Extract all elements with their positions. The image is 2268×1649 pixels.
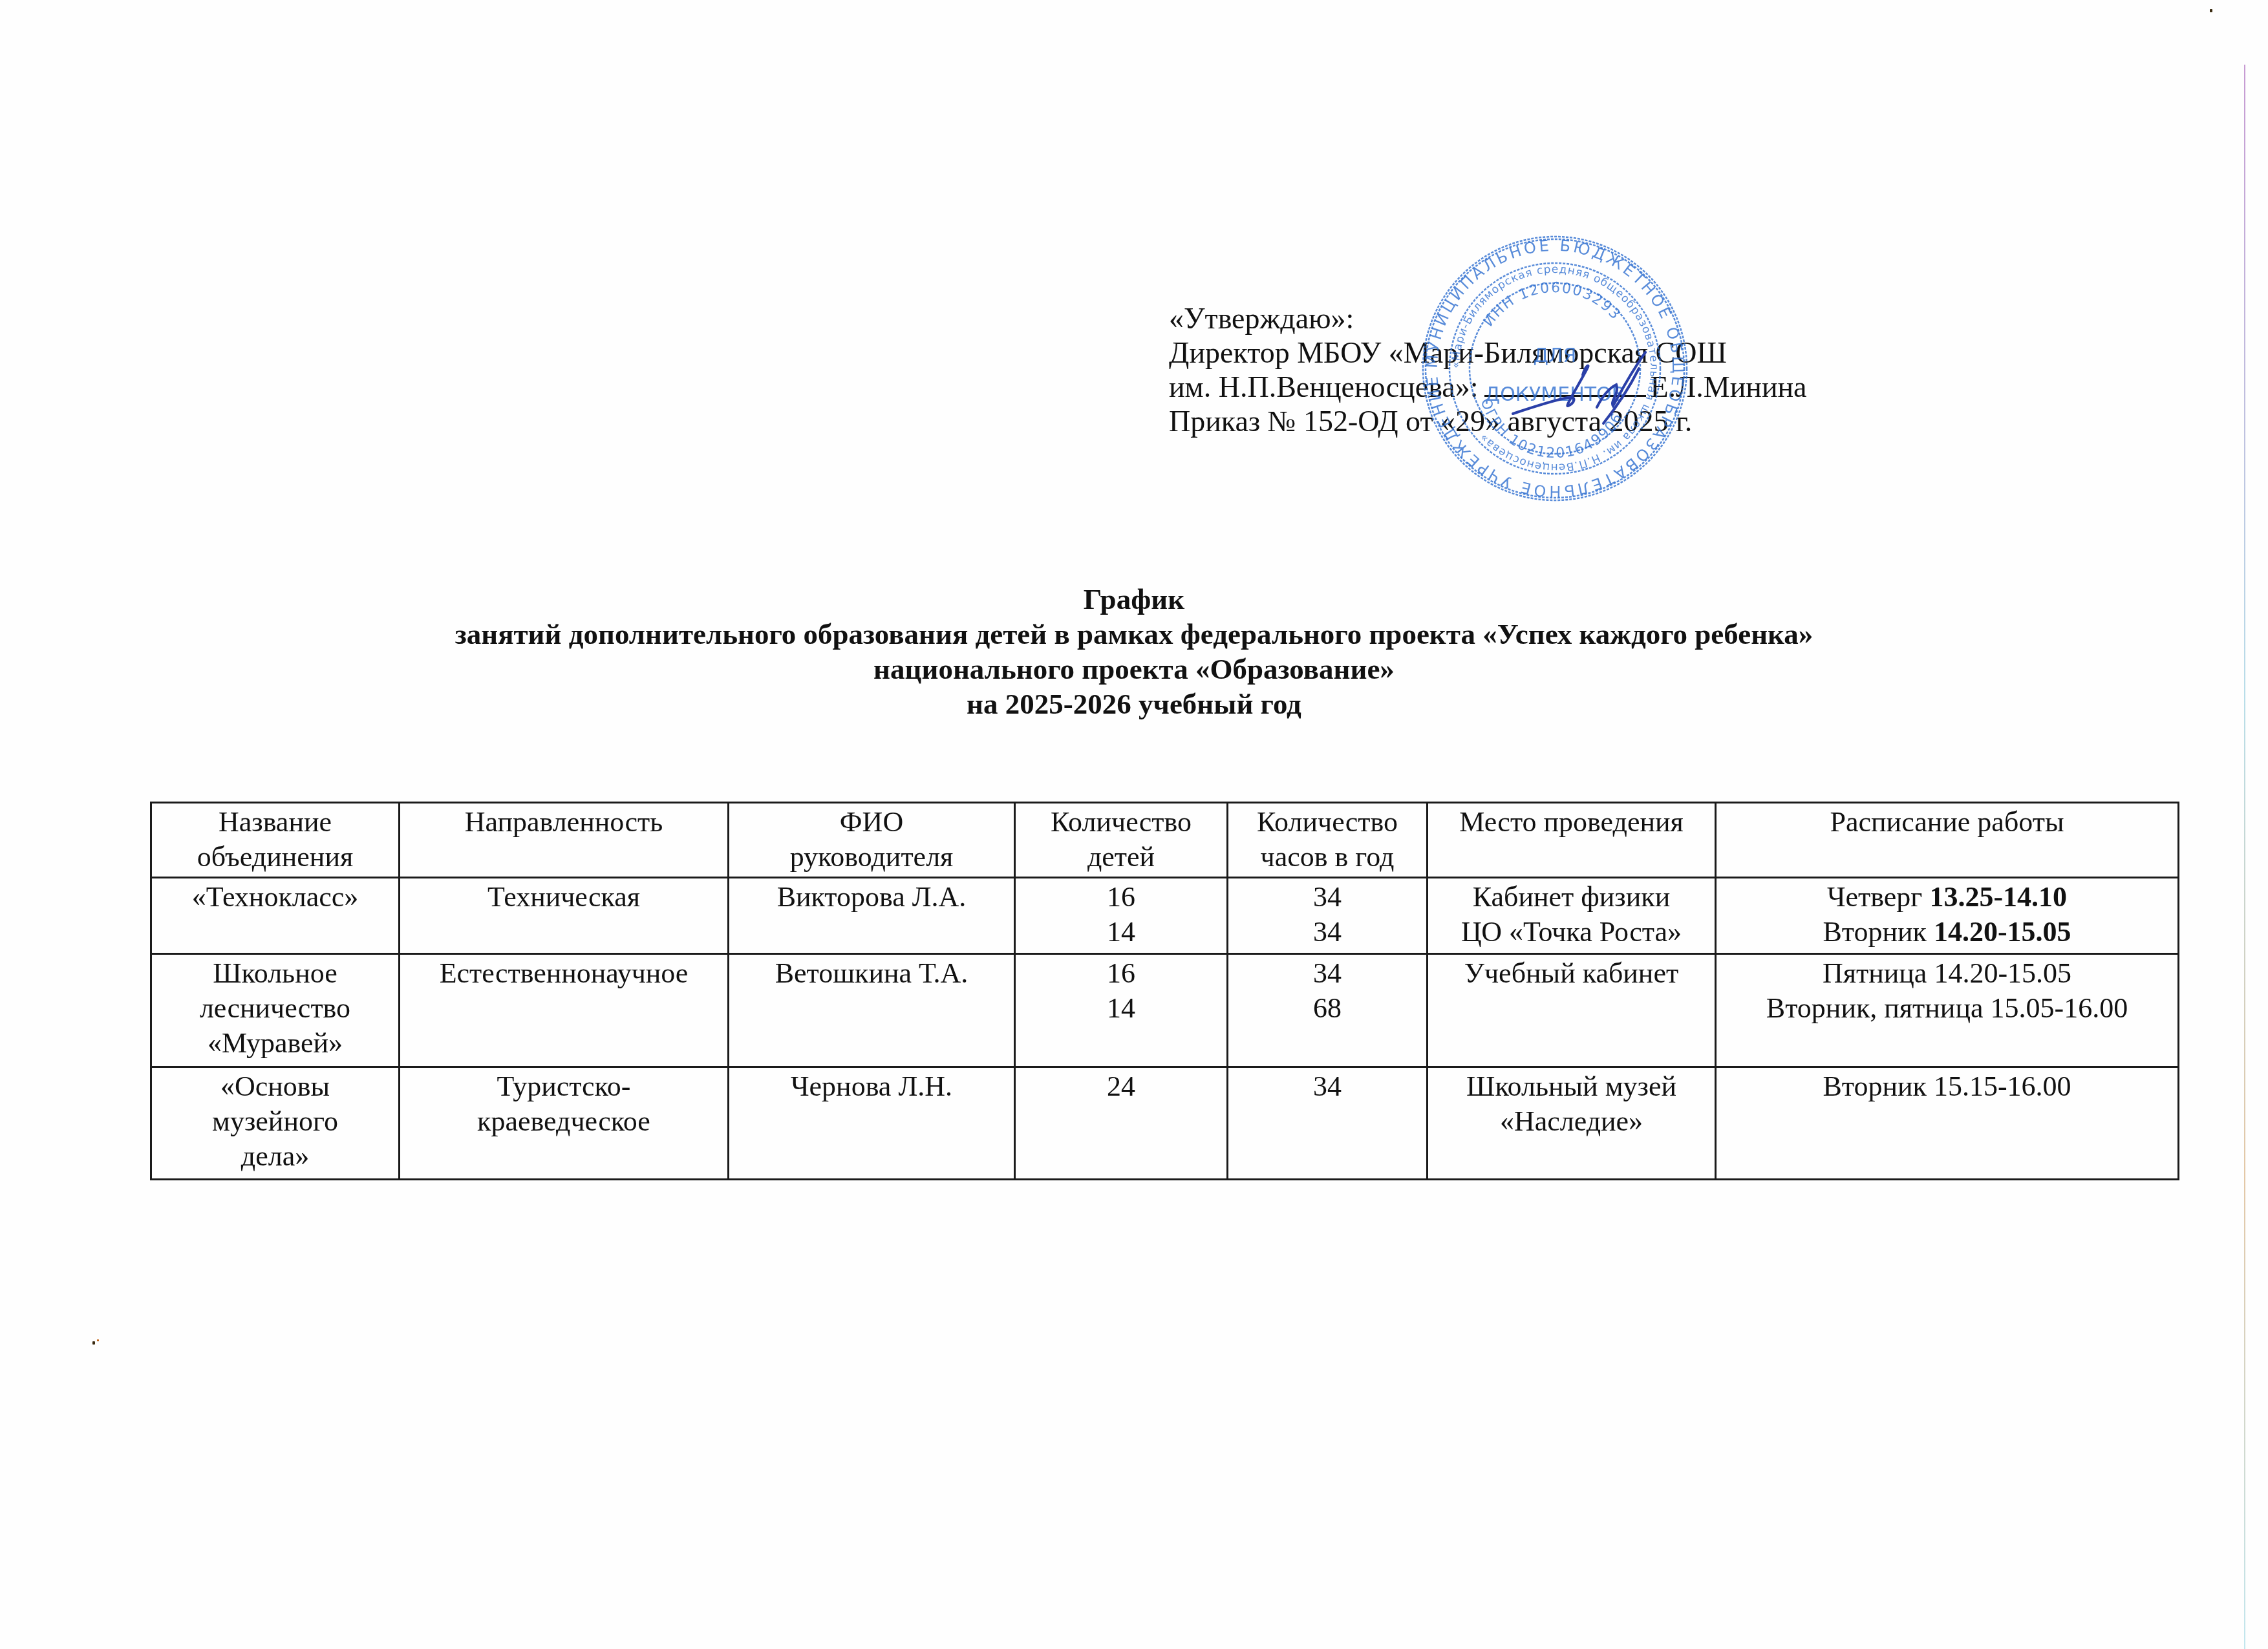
table-header-row: НазваниеобъединенияНаправленностьФИОруко…	[151, 803, 2179, 878]
cell-schedule: Четверг 13.25-14.10Вторник 14.20-15.05	[1716, 878, 2179, 954]
scan-speck	[92, 1341, 95, 1345]
cell-association-name: «Технокласс»	[151, 878, 400, 954]
association-name-text: Школьное	[155, 956, 396, 991]
leader-name-text: Ветошкина Т.А.	[732, 956, 1011, 991]
schedule-entry: Вторник 15.15-16.00	[1719, 1069, 2175, 1104]
location-text: «Наследие»	[1431, 1104, 1712, 1139]
children-count-text: 16	[1018, 880, 1224, 915]
schedule-time: 14.20-15.05	[1934, 957, 2071, 989]
header-text: Направленность	[403, 805, 725, 840]
schedule-time: 13.25-14.10	[1929, 881, 2067, 913]
association-name-text: лесничество	[155, 991, 396, 1026]
cell-children-count: 1614	[1015, 878, 1228, 954]
approval-heading: «Утверждаю»:	[1169, 301, 1807, 335]
cell-hours-per-year: 3434	[1228, 878, 1428, 954]
children-count-text: 24	[1018, 1069, 1224, 1104]
schedule-day: Вторник	[1823, 916, 1926, 948]
approval-director-title: Директор МБОУ «Мари-Биляморская СОШ	[1169, 335, 1807, 370]
leader-name-text: Чернова Л.Н.	[732, 1069, 1011, 1104]
header-text: часов в год	[1231, 840, 1424, 875]
association-name-text: «Технокласс»	[155, 880, 396, 915]
cell-location: Школьный музей«Наследие»	[1428, 1067, 1716, 1180]
scan-artifact-line	[2244, 65, 2245, 1649]
location-text: Учебный кабинет	[1431, 956, 1712, 991]
header-text: Название	[155, 805, 396, 840]
hours-per-year-text: 34	[1231, 915, 1424, 950]
leader-name-text: Викторова Л.А.	[732, 880, 1011, 915]
direction-text: Естественнонаучное	[403, 956, 725, 991]
table-row: «Технокласс»ТехническаяВикторова Л.А.161…	[151, 878, 2179, 954]
schedule-entry: Четверг 13.25-14.10	[1719, 880, 2175, 915]
header-text: Количество	[1231, 805, 1424, 840]
header-direction: Направленность	[400, 803, 729, 878]
cell-direction: Туристско-краеведческое	[400, 1067, 729, 1180]
location-text: Школьный музей	[1431, 1069, 1712, 1104]
header-children-count: Количестводетей	[1015, 803, 1228, 878]
hours-per-year-text: 68	[1231, 991, 1424, 1026]
header-schedule: Расписание работы	[1716, 803, 2179, 878]
approval-school-line: им. Н.П.Венценосцева»:Е.Л.Минина	[1169, 370, 1807, 404]
schedule-entry: Пятница 14.20-15.05	[1719, 956, 2175, 991]
cell-leader-name: Чернова Л.Н.	[729, 1067, 1015, 1180]
association-name-text: «Основы	[155, 1069, 396, 1104]
cell-leader-name: Ветошкина Т.А.	[729, 954, 1015, 1067]
approval-order: Приказ № 152-ОД от «29» августа 2025 г.	[1169, 404, 1807, 438]
header-text: руководителя	[732, 840, 1011, 875]
table-row: «Основымузейногодела»Туристско-краеведче…	[151, 1067, 2179, 1180]
approval-school-name: им. Н.П.Венценосцева»:	[1169, 370, 1478, 403]
schedule-entry: Вторник, пятница 15.05-16.00	[1719, 991, 2175, 1026]
hours-per-year-text: 34	[1231, 880, 1424, 915]
schedule-time: 15.05-16.00	[1991, 992, 2128, 1024]
children-count-text: 14	[1018, 915, 1224, 950]
approval-block: «Утверждаю»: Директор МБОУ «Мари-Билямор…	[1169, 301, 1807, 438]
cell-leader-name: Викторова Л.А.	[729, 878, 1015, 954]
location-text: Кабинет физики	[1431, 880, 1712, 915]
association-name-text: музейного	[155, 1104, 396, 1139]
direction-text: краеведческое	[403, 1104, 725, 1139]
cell-association-name: Школьноелесничество«Муравей»	[151, 954, 400, 1067]
header-text: объединения	[155, 840, 396, 875]
cell-location: Учебный кабинет	[1428, 954, 1716, 1067]
cell-direction: Естественнонаучное	[400, 954, 729, 1067]
association-name-text: «Муравей»	[155, 1026, 396, 1061]
scan-speck	[2210, 9, 2212, 12]
location-text: ЦО «Точка Роста»	[1431, 915, 1712, 950]
cell-location: Кабинет физикиЦО «Точка Роста»	[1428, 878, 1716, 954]
direction-text: Техническая	[403, 880, 725, 915]
header-text: детей	[1018, 840, 1224, 875]
title-line-4: на 2025-2026 учебный год	[0, 686, 2268, 721]
signature-line	[1484, 370, 1646, 397]
children-count-text: 14	[1018, 991, 1224, 1026]
cell-children-count: 1614	[1015, 954, 1228, 1067]
header-text: Место проведения	[1431, 805, 1712, 840]
schedule-day: Четверг	[1827, 881, 1922, 913]
schedule-day: Пятница	[1823, 957, 1927, 989]
scan-speck	[97, 1339, 99, 1341]
header-text: Расписание работы	[1719, 805, 2175, 840]
cell-schedule: Пятница 14.20-15.05Вторник, пятница 15.0…	[1716, 954, 2179, 1067]
cell-hours-per-year: 3468	[1228, 954, 1428, 1067]
title-line-3: национального проекта «Образование»	[0, 652, 2268, 686]
schedule-time: 15.15-16.00	[1934, 1070, 2071, 1102]
hours-per-year-text: 34	[1231, 956, 1424, 991]
association-name-text: дела»	[155, 1139, 396, 1174]
schedule-entry: Вторник 14.20-15.05	[1719, 915, 2175, 950]
table-row: Школьноелесничество«Муравей»Естественнон…	[151, 954, 2179, 1067]
cell-association-name: «Основымузейногодела»	[151, 1067, 400, 1180]
document-page: «Утверждаю»: Директор МБОУ «Мари-Билямор…	[0, 0, 2268, 1649]
children-count-text: 16	[1018, 956, 1224, 991]
schedule-day: Вторник, пятница	[1766, 992, 1984, 1024]
title-line-1: График	[0, 582, 2268, 617]
header-leader: ФИОруководителя	[729, 803, 1015, 878]
cell-hours-per-year: 34	[1228, 1067, 1428, 1180]
header-text: ФИО	[732, 805, 1011, 840]
title-line-2: занятий дополнительного образования дете…	[0, 617, 2268, 652]
cell-schedule: Вторник 15.15-16.00	[1716, 1067, 2179, 1180]
cell-children-count: 24	[1015, 1067, 1228, 1180]
direction-text: Туристско-	[403, 1069, 725, 1104]
schedule-time: 14.20-15.05	[1934, 916, 2071, 948]
header-hours-per-year: Количествочасов в год	[1228, 803, 1428, 878]
document-title: График занятий дополнительного образован…	[0, 582, 2268, 721]
director-name: Е.Л.Минина	[1650, 370, 1806, 403]
schedule-table: НазваниеобъединенияНаправленностьФИОруко…	[150, 802, 2179, 1180]
schedule-day: Вторник	[1823, 1070, 1926, 1102]
cell-direction: Техническая	[400, 878, 729, 954]
header-association-name: Названиеобъединения	[151, 803, 400, 878]
header-location: Место проведения	[1428, 803, 1716, 878]
header-text: Количество	[1018, 805, 1224, 840]
hours-per-year-text: 34	[1231, 1069, 1424, 1104]
